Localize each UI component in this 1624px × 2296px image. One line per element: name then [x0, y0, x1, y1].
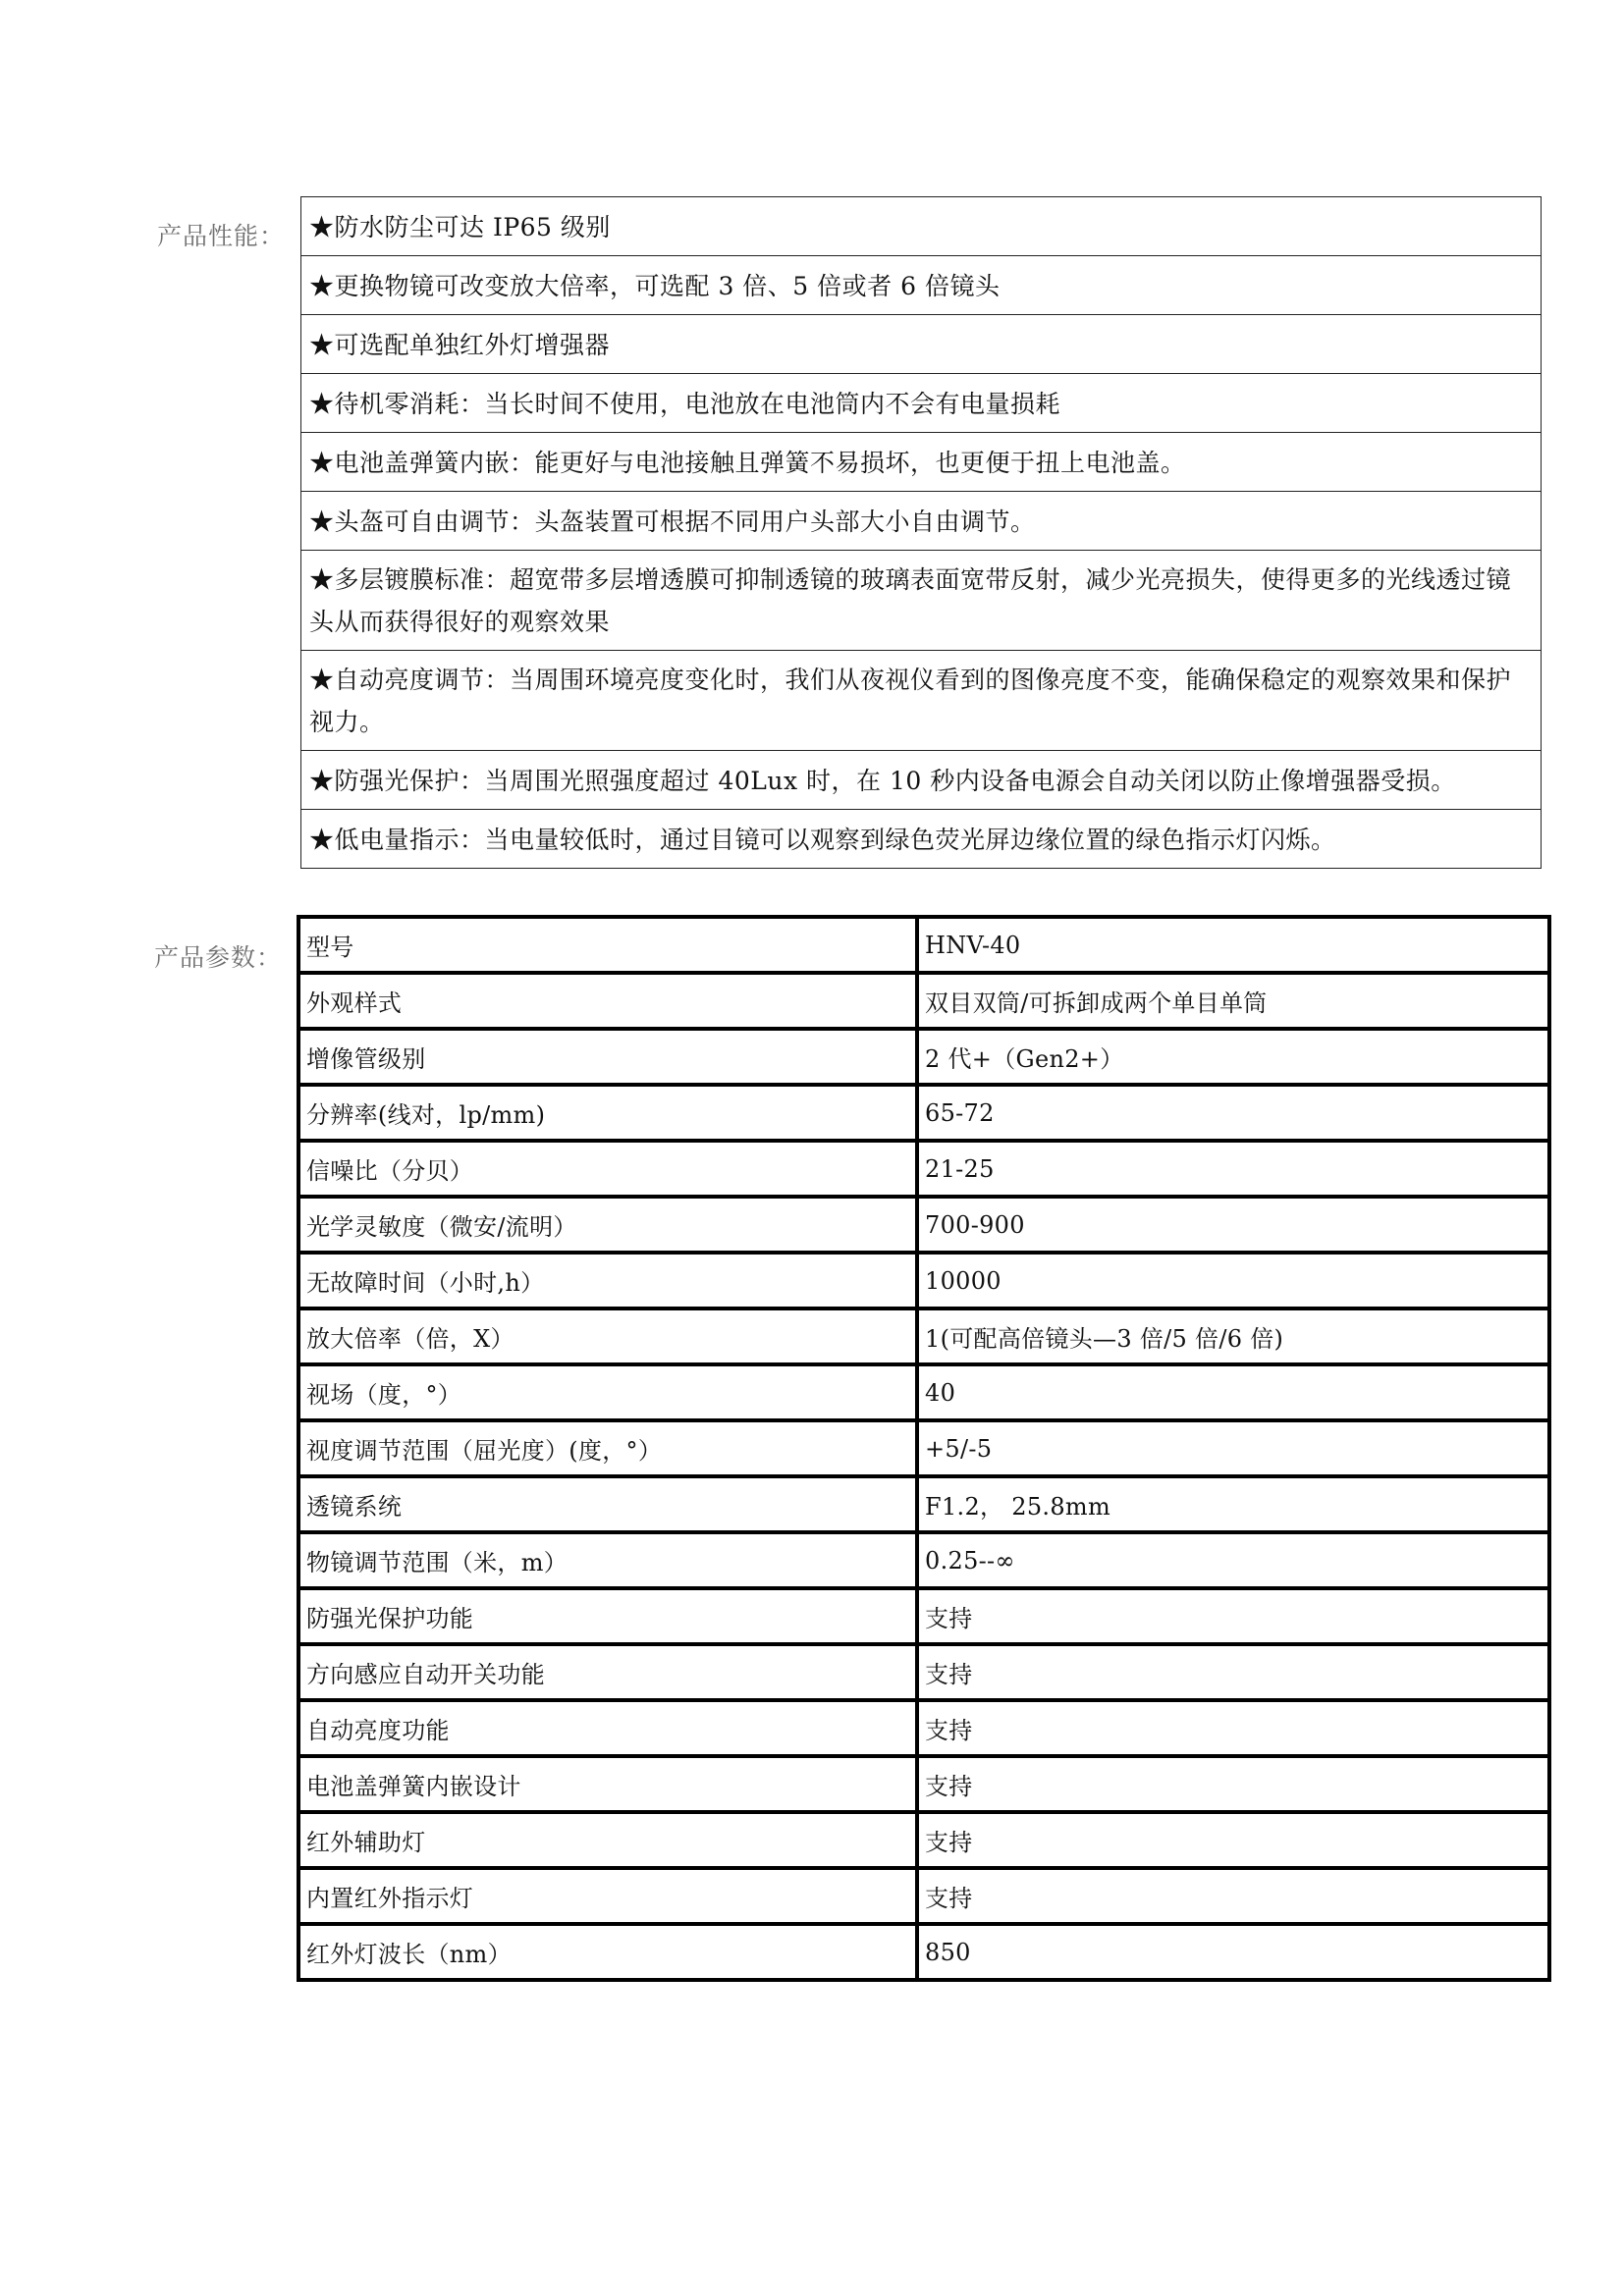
param-key: 红外辅助灯 — [298, 1812, 917, 1868]
param-row: 自动亮度功能支持 — [298, 1700, 1549, 1756]
param-value: 支持 — [917, 1644, 1549, 1700]
feature-item: ★低电量指示：当电量较低时，通过目镜可以观察到绿色荧光屏边缘位置的绿色指示灯闪烁… — [301, 810, 1542, 869]
param-key: 电池盖弹簧内嵌设计 — [298, 1756, 917, 1812]
feature-item: ★多层镀膜标准：超宽带多层增透膜可抑制透镜的玻璃表面宽带反射，减少光亮损失，使得… — [301, 551, 1542, 651]
param-value: 40 — [917, 1364, 1549, 1420]
param-row: 方向感应自动开关功能支持 — [298, 1644, 1549, 1700]
param-row: 分辨率(线对，lp/mm)65-72 — [298, 1085, 1549, 1141]
feature-row: ★待机零消耗：当长时间不使用，电池放在电池筒内不会有电量损耗 — [301, 374, 1542, 433]
param-key: 分辨率(线对，lp/mm) — [298, 1085, 917, 1141]
feature-item: ★电池盖弹簧内嵌：能更好与电池接触且弹簧不易损坏，也更便于扭上电池盖。 — [301, 433, 1542, 492]
param-key: 信噪比（分贝） — [298, 1141, 917, 1197]
param-row: 增像管级别2 代+（Gen2+） — [298, 1029, 1549, 1085]
features-section-label: 产品性能： — [157, 217, 285, 252]
param-value: 支持 — [917, 1756, 1549, 1812]
param-key: 透镜系统 — [298, 1476, 917, 1532]
feature-row: ★自动亮度调节：当周围环境亮度变化时，我们从夜视仪看到的图像亮度不变，能确保稳定… — [301, 651, 1542, 751]
param-value: 21-25 — [917, 1141, 1549, 1197]
param-row: 外观样式双目双筒/可拆卸成两个单目单筒 — [298, 973, 1549, 1029]
param-value: 0.25--∞ — [917, 1532, 1549, 1588]
features-table: ★防水防尘可达 IP65 级别 ★更换物镜可改变放大倍率，可选配 3 倍、5 倍… — [300, 196, 1542, 869]
param-value: +5/-5 — [917, 1420, 1549, 1476]
params-table: 型号HNV-40 外观样式双目双筒/可拆卸成两个单目单筒 增像管级别2 代+（G… — [297, 915, 1551, 1982]
param-row: 红外辅助灯支持 — [298, 1812, 1549, 1868]
param-value: 1(可配高倍镜头—3 倍/5 倍/6 倍) — [917, 1308, 1549, 1364]
feature-item: ★自动亮度调节：当周围环境亮度变化时，我们从夜视仪看到的图像亮度不变，能确保稳定… — [301, 651, 1542, 751]
param-row: 信噪比（分贝）21-25 — [298, 1141, 1549, 1197]
param-row: 放大倍率（倍，X）1(可配高倍镜头—3 倍/5 倍/6 倍) — [298, 1308, 1549, 1364]
param-key: 无故障时间（小时,h） — [298, 1253, 917, 1308]
param-key: 防强光保护功能 — [298, 1588, 917, 1644]
feature-item: ★防强光保护：当周围光照强度超过 40Lux 时，在 10 秒内设备电源会自动关… — [301, 751, 1542, 810]
param-key: 红外灯波长（nm） — [298, 1924, 917, 1980]
feature-row: ★电池盖弹簧内嵌：能更好与电池接触且弹簧不易损坏，也更便于扭上电池盖。 — [301, 433, 1542, 492]
param-row: 红外灯波长（nm）850 — [298, 1924, 1549, 1980]
feature-row: ★更换物镜可改变放大倍率，可选配 3 倍、5 倍或者 6 倍镜头 — [301, 256, 1542, 315]
param-key: 方向感应自动开关功能 — [298, 1644, 917, 1700]
param-value: 700-900 — [917, 1197, 1549, 1253]
param-value: 支持 — [917, 1588, 1549, 1644]
param-key: 放大倍率（倍，X） — [298, 1308, 917, 1364]
feature-row: ★低电量指示：当电量较低时，通过目镜可以观察到绿色荧光屏边缘位置的绿色指示灯闪烁… — [301, 810, 1542, 869]
param-value: F1.2， 25.8mm — [917, 1476, 1549, 1532]
param-value: 支持 — [917, 1868, 1549, 1924]
param-row: 型号HNV-40 — [298, 917, 1549, 973]
feature-row: ★多层镀膜标准：超宽带多层增透膜可抑制透镜的玻璃表面宽带反射，减少光亮损失，使得… — [301, 551, 1542, 651]
feature-row: ★防强光保护：当周围光照强度超过 40Lux 时，在 10 秒内设备电源会自动关… — [301, 751, 1542, 810]
param-key: 视度调节范围（屈光度）(度，°） — [298, 1420, 917, 1476]
param-row: 防强光保护功能支持 — [298, 1588, 1549, 1644]
param-row: 无故障时间（小时,h）10000 — [298, 1253, 1549, 1308]
param-value: 10000 — [917, 1253, 1549, 1308]
param-row: 内置红外指示灯支持 — [298, 1868, 1549, 1924]
param-value: 65-72 — [917, 1085, 1549, 1141]
param-key: 内置红外指示灯 — [298, 1868, 917, 1924]
param-value: 850 — [917, 1924, 1549, 1980]
feature-row: ★防水防尘可达 IP65 级别 — [301, 197, 1542, 256]
param-key: 增像管级别 — [298, 1029, 917, 1085]
feature-item: ★防水防尘可达 IP65 级别 — [301, 197, 1542, 256]
feature-item: ★可选配单独红外灯增强器 — [301, 315, 1542, 374]
param-row: 视场（度，°）40 — [298, 1364, 1549, 1420]
param-key: 型号 — [298, 917, 917, 973]
params-section-label: 产品参数： — [154, 938, 282, 974]
param-value: 支持 — [917, 1812, 1549, 1868]
param-value: 支持 — [917, 1700, 1549, 1756]
feature-row: ★头盔可自由调节：头盔装置可根据不同用户头部大小自由调节。 — [301, 492, 1542, 551]
feature-item: ★头盔可自由调节：头盔装置可根据不同用户头部大小自由调节。 — [301, 492, 1542, 551]
param-key: 光学灵敏度（微安/流明） — [298, 1197, 917, 1253]
param-key: 视场（度，°） — [298, 1364, 917, 1420]
param-key: 自动亮度功能 — [298, 1700, 917, 1756]
param-key: 物镜调节范围（米，m） — [298, 1532, 917, 1588]
feature-item: ★待机零消耗：当长时间不使用，电池放在电池筒内不会有电量损耗 — [301, 374, 1542, 433]
param-value: 双目双筒/可拆卸成两个单目单筒 — [917, 973, 1549, 1029]
feature-item: ★更换物镜可改变放大倍率，可选配 3 倍、5 倍或者 6 倍镜头 — [301, 256, 1542, 315]
param-value: HNV-40 — [917, 917, 1549, 973]
param-row: 电池盖弹簧内嵌设计支持 — [298, 1756, 1549, 1812]
param-key: 外观样式 — [298, 973, 917, 1029]
param-value: 2 代+（Gen2+） — [917, 1029, 1549, 1085]
param-row: 视度调节范围（屈光度）(度，°）+5/-5 — [298, 1420, 1549, 1476]
param-row: 透镜系统F1.2， 25.8mm — [298, 1476, 1549, 1532]
param-row: 物镜调节范围（米，m）0.25--∞ — [298, 1532, 1549, 1588]
param-row: 光学灵敏度（微安/流明）700-900 — [298, 1197, 1549, 1253]
feature-row: ★可选配单独红外灯增强器 — [301, 315, 1542, 374]
